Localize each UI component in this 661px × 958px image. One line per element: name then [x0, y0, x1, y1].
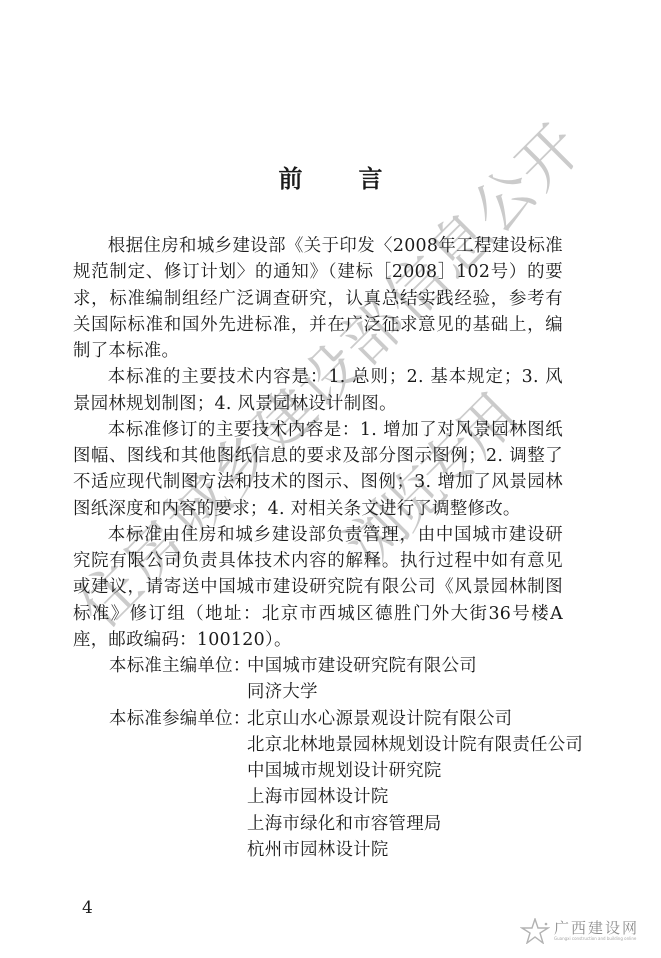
- participating-units: 北京山水心源景观设计院有限公司 北京北林地景园林规划设计院有限责任公司 中国城市…: [247, 706, 583, 864]
- paragraph-management: 本标准由住房和城乡建设部负责管理，由中国城市建设研究院有限公司负责具体技术内容的…: [73, 522, 563, 653]
- title-char-1: 前: [279, 164, 303, 194]
- participating-unit: 北京北林地景园林规划设计院有限责任公司: [247, 732, 583, 758]
- page-title: 前言: [0, 164, 661, 194]
- title-char-2: 言: [359, 164, 383, 194]
- participating-label: 本标准参编单位：: [73, 706, 247, 864]
- paragraph-background: 根据住房和城乡建设部《关于印发〈2008年工程建设标准规范制定、修订计划〉的通知…: [73, 233, 563, 364]
- chief-editor-unit: 同济大学: [247, 679, 563, 705]
- participating-unit: 北京山水心源景观设计院有限公司: [247, 706, 583, 732]
- chief-editor-label: 本标准主编单位：: [73, 653, 247, 706]
- participating-unit: 杭州市园林设计院: [247, 837, 583, 863]
- chief-editor-unit: 中国城市建设研究院有限公司: [247, 653, 563, 679]
- preface-body: 根据住房和城乡建设部《关于印发〈2008年工程建设标准规范制定、修订计划〉的通知…: [73, 233, 563, 863]
- site-logo: 广西建设网 Guangxi construction and building …: [520, 918, 639, 944]
- participating-unit: 上海市园林设计院: [247, 784, 583, 810]
- chief-editor-units: 中国城市建设研究院有限公司 同济大学: [247, 653, 563, 706]
- document-page: 住房城乡建设部信息公开 浏览专用 前言 根据住房和城乡建设部《关于印发〈2008…: [0, 0, 661, 958]
- participating-unit: 上海市绿化和市容管理局: [247, 811, 583, 837]
- paragraph-revision-content: 本标准修订的主要技术内容是：1. 增加了对风景园林图纸图幅、图线和其他图纸信息的…: [73, 417, 563, 522]
- paragraph-main-content: 本标准的主要技术内容是：1. 总则；2. 基本规定；3. 风景园林规划制图；4.…: [73, 364, 563, 417]
- logo-name: 广西建设网: [554, 920, 639, 936]
- participating-unit: 中国城市规划设计研究院: [247, 758, 583, 784]
- page-number: 4: [82, 897, 93, 919]
- logo-subtitle: Guangxi construction and building online: [554, 936, 639, 942]
- chief-editor-section: 本标准主编单位： 中国城市建设研究院有限公司 同济大学: [73, 653, 563, 706]
- participating-section: 本标准参编单位： 北京山水心源景观设计院有限公司 北京北林地景园林规划设计院有限…: [73, 706, 563, 864]
- star-logo-icon: [520, 918, 550, 944]
